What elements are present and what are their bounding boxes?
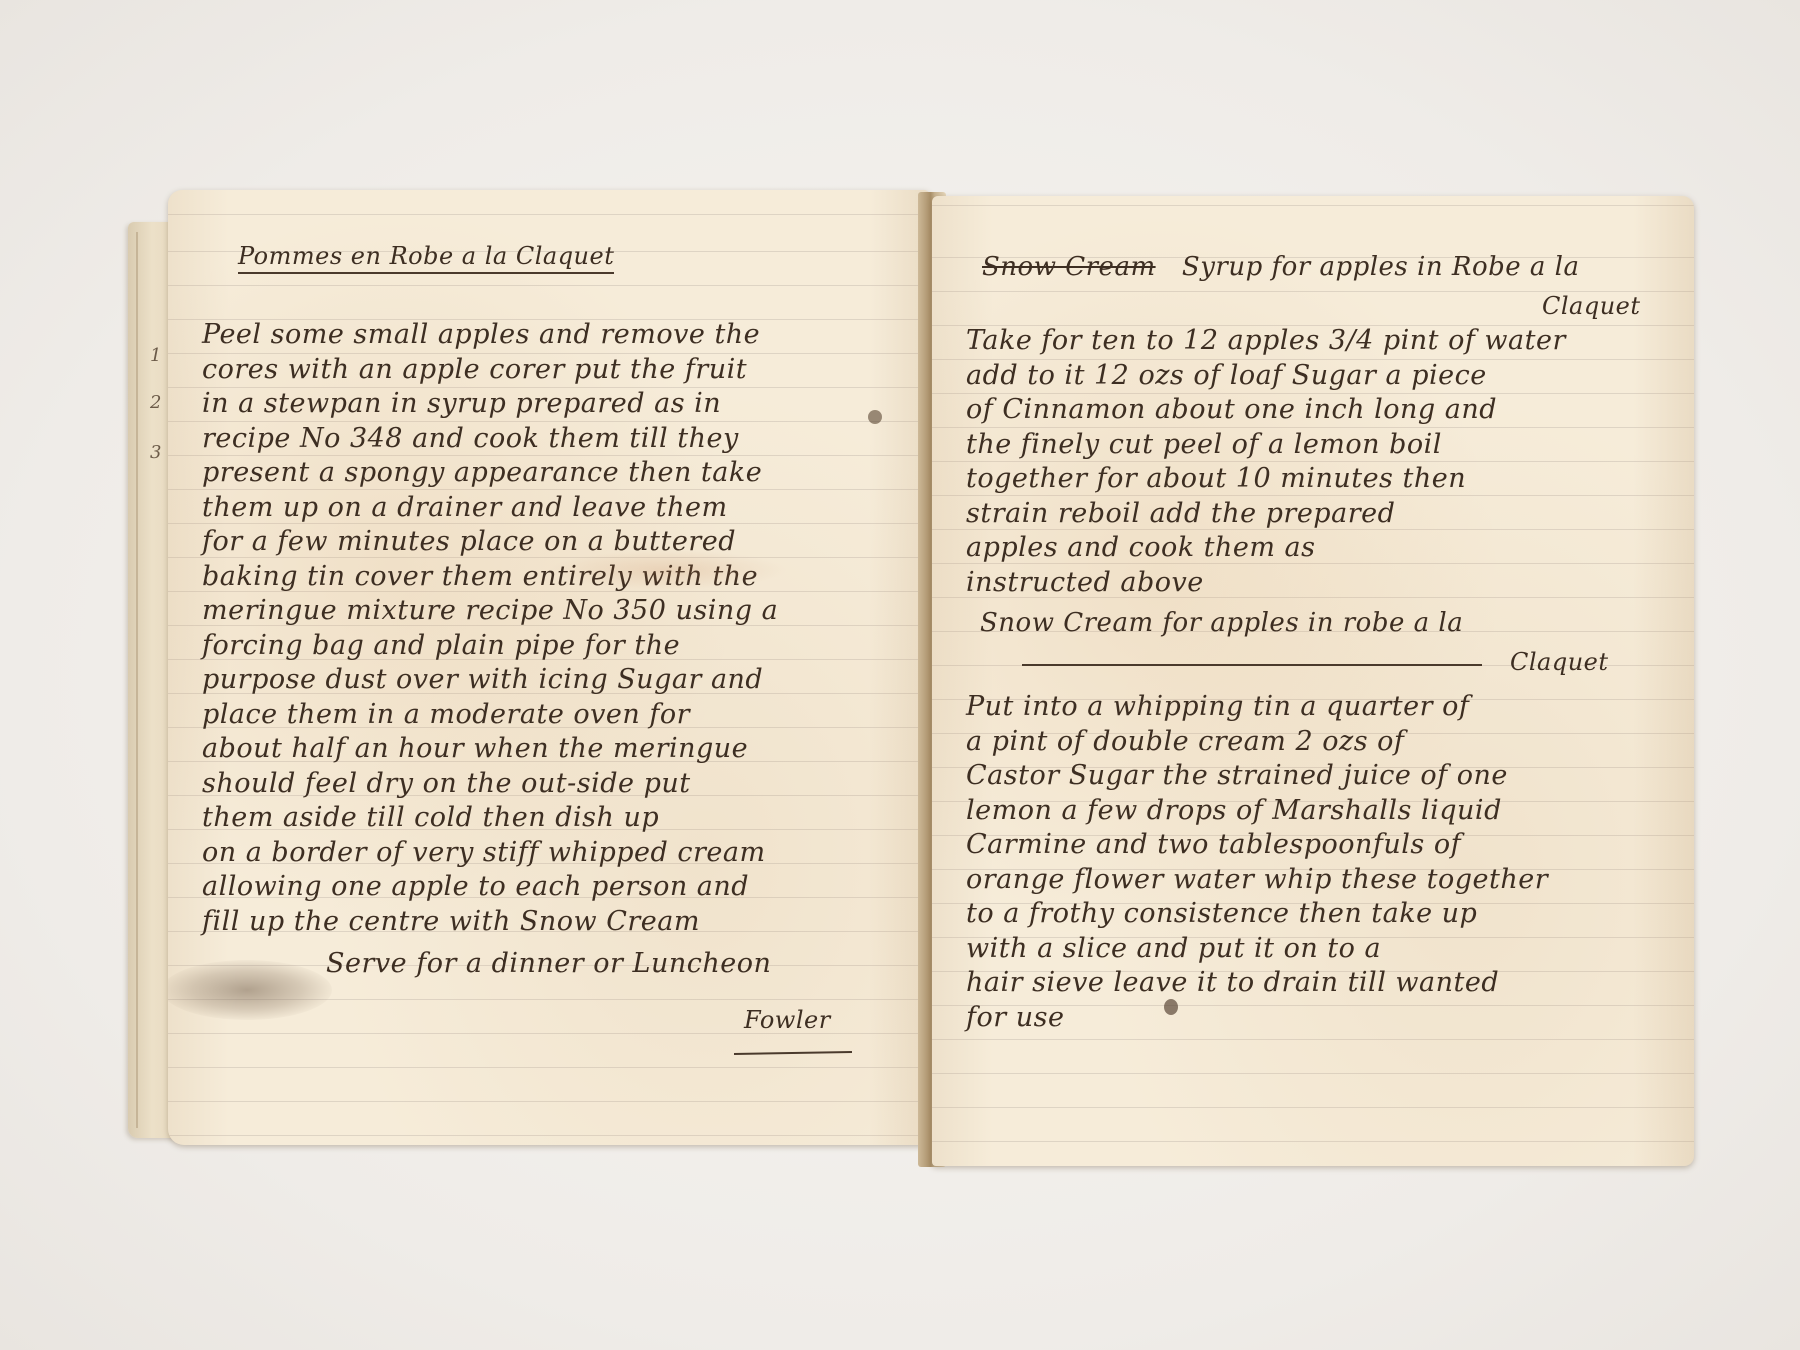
recipe-line: meringue mixture recipe No 350 using a xyxy=(202,594,778,629)
serving-note: Serve for a dinner or Luncheon xyxy=(326,948,771,979)
recipe-line: them up on a drainer and leave them xyxy=(202,491,778,526)
recipe-line: for use xyxy=(966,1001,1548,1036)
recipe-line: Peel some small apples and remove the xyxy=(202,318,778,353)
recipe-line: strain reboil add the prepared xyxy=(966,497,1566,532)
recipe-line: the finely cut peel of a lemon boil xyxy=(966,428,1566,463)
signature-underline xyxy=(734,1051,852,1055)
recipe-line: lemon a few drops of Marshalls liquid xyxy=(966,794,1548,829)
recipe-line: baking tin cover them entirely with the xyxy=(202,560,778,595)
recipe-line: Carmine and two tablespoonfuls of xyxy=(966,828,1548,863)
recipe-line: should feel dry on the out-side put xyxy=(202,767,778,802)
recipe-line: Castor Sugar the strained juice of one xyxy=(966,759,1548,794)
right-page: Snow Cream Syrup for apples in Robe a la… xyxy=(932,196,1694,1166)
snow-cream-heading-rule xyxy=(1022,664,1482,666)
recipe-line: on a border of very stiff whipped cream xyxy=(202,836,778,871)
recipe-line: cores with an apple corer put the fruit xyxy=(202,353,778,388)
recipe-line: of Cinnamon about one inch long and xyxy=(966,393,1566,428)
recipe-title-pommes-en-robe: Pommes en Robe a la Claquet xyxy=(238,242,614,274)
struck-heading: Snow Cream xyxy=(982,252,1156,282)
recipe-line: to a frothy consistence then take up xyxy=(966,897,1548,932)
recipe-line: recipe No 348 and cook them till they xyxy=(202,422,778,457)
recipe-line: in a stewpan in syrup prepared as in xyxy=(202,387,778,422)
snow-cream-heading-continuation: Claquet xyxy=(1510,648,1609,676)
recipe-line: present a spongy appearance then take xyxy=(202,456,778,491)
water-stain xyxy=(168,960,332,1020)
heading-text: Syrup for apples in Robe a la xyxy=(1182,252,1580,282)
recipe-line: for a few minutes place on a buttered xyxy=(202,525,778,560)
recipe-line: hair sieve leave it to drain till wanted xyxy=(966,966,1548,1001)
recipe-line: add to it 12 ozs of loaf Sugar a piece xyxy=(966,359,1566,394)
recipe-line: Take for ten to 12 apples 3/4 pint of wa… xyxy=(966,324,1566,359)
recipe-body-pommes-en-robe: Peel some small apples and remove the co… xyxy=(202,318,778,939)
recipe-body-snow-cream: Put into a whipping tin a quarter of a p… xyxy=(966,690,1548,1035)
recipe-line: allowing one apple to each person and xyxy=(202,870,778,905)
margin-mark: 2 xyxy=(150,392,162,413)
recipe-line: about half an hour when the meringue xyxy=(202,732,778,767)
recipe-line: with a slice and put it on to a xyxy=(966,932,1548,967)
margin-mark: 3 xyxy=(150,442,162,463)
recipe-line: orange flower water whip these together xyxy=(966,863,1548,898)
recipe-line: purpose dust over with icing Sugar and xyxy=(202,663,778,698)
heading-syrup-for-apples: Snow Cream Syrup for apples in Robe a la xyxy=(982,252,1579,282)
recipe-line: instructed above xyxy=(966,566,1566,601)
heading-snow-cream: Snow Cream for apples in robe a la xyxy=(980,608,1463,638)
margin-mark: 1 xyxy=(150,345,162,366)
signature: Fowler xyxy=(744,1006,831,1034)
heading-continuation: Claquet xyxy=(1542,292,1641,320)
recipe-line: them aside till cold then dish up xyxy=(202,801,778,836)
recipe-line: apples and cook them as xyxy=(966,531,1566,566)
ink-spot xyxy=(868,410,882,424)
recipe-line: Put into a whipping tin a quarter of xyxy=(966,690,1548,725)
recipe-line: place them in a moderate oven for xyxy=(202,698,778,733)
recipe-line: forcing bag and plain pipe for the xyxy=(202,629,778,664)
left-page: Pommes en Robe a la Claquet Peel some sm… xyxy=(168,190,930,1145)
recipe-body-syrup: Take for ten to 12 apples 3/4 pint of wa… xyxy=(966,324,1566,600)
recipe-line: together for about 10 minutes then xyxy=(966,462,1566,497)
recipe-line: a pint of double cream 2 ozs of xyxy=(966,725,1548,760)
recipe-line: fill up the centre with Snow Cream xyxy=(202,905,778,940)
